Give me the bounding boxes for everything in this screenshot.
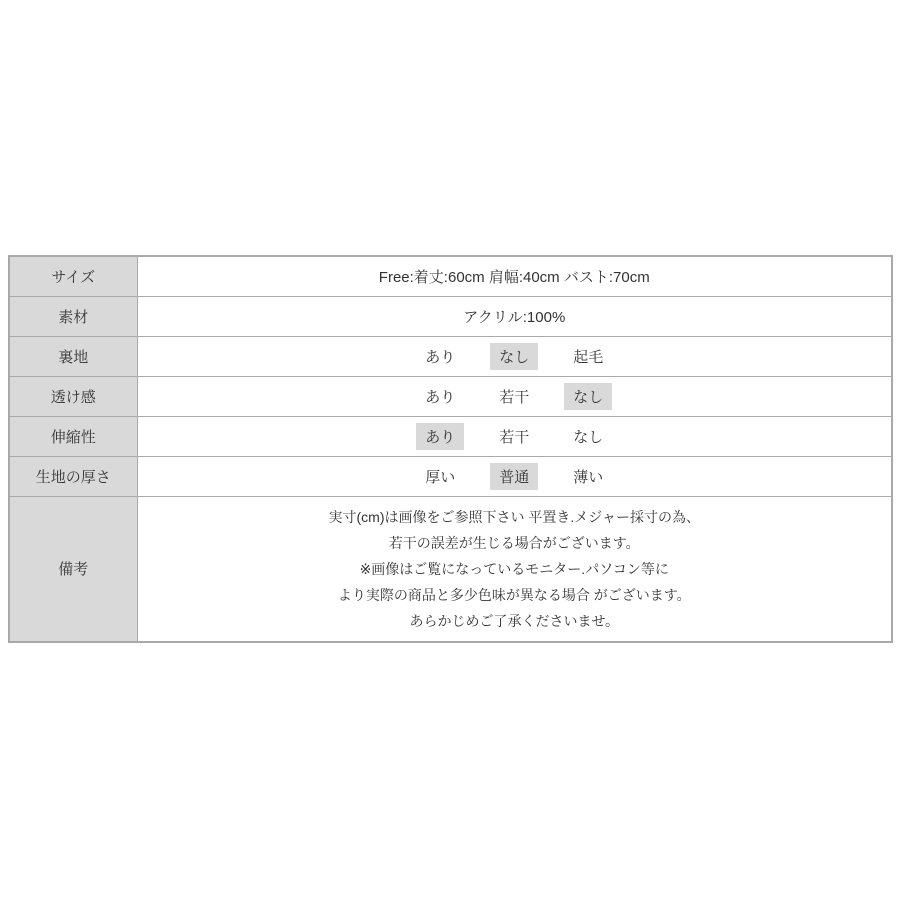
- option-chip: 若干: [490, 423, 538, 450]
- table-row-stretch: 伸縮性 あり 若干 なし: [9, 416, 892, 456]
- option-chip: あり: [416, 423, 464, 450]
- table-row-thickness: 生地の厚さ 厚い 普通 薄い: [9, 456, 892, 496]
- product-spec-table: サイズ Free:着丈:60cm 肩幅:40cm バスト:70cm 素材 アクリ…: [8, 255, 893, 643]
- row-label-remarks: 備考: [9, 496, 137, 642]
- table-row-size: サイズ Free:着丈:60cm 肩幅:40cm バスト:70cm: [9, 256, 892, 296]
- option-chip: 普通: [490, 463, 538, 490]
- remark-line: あらかじめご了承くださいませ。: [139, 608, 891, 634]
- row-label-sheerness: 透け感: [9, 376, 137, 416]
- option-chip: なし: [564, 423, 612, 450]
- row-label-lining: 裏地: [9, 336, 137, 376]
- remark-line: より実際の商品と多少色味が異なる場合 がございます。: [139, 582, 891, 608]
- option-chip: 若干: [490, 383, 538, 410]
- row-label-material: 素材: [9, 296, 137, 336]
- stretch-options-group: あり 若干 なし: [139, 423, 891, 450]
- option-chip: なし: [490, 343, 538, 370]
- thickness-options-group: 厚い 普通 薄い: [139, 463, 891, 490]
- option-chip: なし: [564, 383, 612, 410]
- row-label-thickness: 生地の厚さ: [9, 456, 137, 496]
- lining-options-group: あり なし 起毛: [139, 343, 891, 370]
- row-label-stretch: 伸縮性: [9, 416, 137, 456]
- table-row-sheerness: 透け感 あり 若干 なし: [9, 376, 892, 416]
- table-row-lining: 裏地 あり なし 起毛: [9, 336, 892, 376]
- remark-line: 実寸(cm)は画像をご参照下さい 平置き.メジャー採寸の為、: [139, 504, 891, 530]
- option-chip: あり: [416, 343, 464, 370]
- table-row-material: 素材 アクリル:100%: [9, 296, 892, 336]
- row-value-material: アクリル:100%: [137, 296, 892, 336]
- row-value-size: Free:着丈:60cm 肩幅:40cm バスト:70cm: [137, 256, 892, 296]
- table-row-remarks: 備考 実寸(cm)は画像をご参照下さい 平置き.メジャー採寸の為、 若干の誤差が…: [9, 496, 892, 642]
- remark-line: 若干の誤差が生じる場合がございます。: [139, 530, 891, 556]
- row-label-size: サイズ: [9, 256, 137, 296]
- option-chip: 厚い: [416, 463, 464, 490]
- option-chip: 薄い: [564, 463, 612, 490]
- option-chip: 起毛: [564, 343, 612, 370]
- sheerness-options-group: あり 若干 なし: [139, 383, 891, 410]
- remark-line: ※画像はご覧になっているモニター.パソコン等に: [139, 556, 891, 582]
- remarks-text-block: 実寸(cm)は画像をご参照下さい 平置き.メジャー採寸の為、 若干の誤差が生じる…: [139, 498, 891, 640]
- option-chip: あり: [416, 383, 464, 410]
